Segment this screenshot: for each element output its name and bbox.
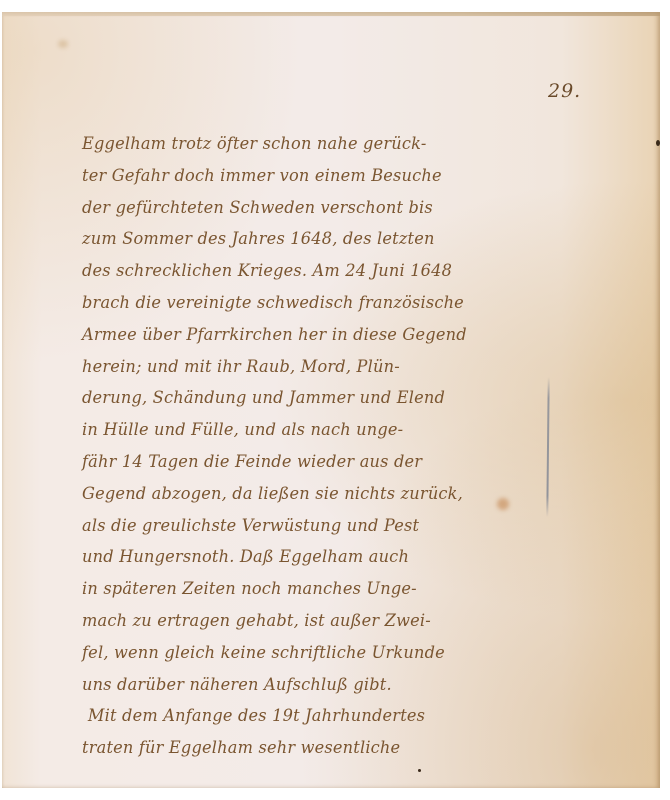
text-line: fel, wenn gleich keine schriftliche Urku… bbox=[82, 637, 533, 669]
text-line: Eggelham trotz öfter schon nahe gerück- bbox=[82, 128, 533, 160]
ink-spot bbox=[418, 769, 421, 772]
paper-stain bbox=[497, 498, 509, 510]
text-line: herein; und mit ihr Raub, Mord, Plün- bbox=[82, 351, 533, 383]
page-top-edge bbox=[2, 12, 660, 16]
paper-stain bbox=[58, 40, 68, 48]
text-line: des schrecklichen Krieges. Am 24 Juni 16… bbox=[82, 255, 533, 287]
paragraph-start-line: Mit dem Anfange des 19t Jahrhundertes bbox=[82, 700, 533, 732]
text-line: mach zu ertragen gehabt, ist außer Zwei- bbox=[82, 605, 533, 637]
text-line: traten für Eggelham sehr wesentliche bbox=[82, 732, 533, 764]
text-line: brach die vereinigte schwedisch französi… bbox=[82, 287, 533, 319]
text-line: Armee über Pfarrkirchen her in diese Geg… bbox=[82, 319, 533, 351]
text-line: in späteren Zeiten noch manches Unge- bbox=[82, 573, 533, 605]
text-line: uns darüber näheren Aufschluß gibt. bbox=[82, 669, 533, 701]
text-line: als die greulichste Verwüstung und Pest bbox=[82, 510, 533, 542]
text-line: Gegend abzogen, da ließen sie nichts zur… bbox=[82, 478, 533, 510]
page-number: 29. bbox=[548, 80, 581, 102]
handwritten-text-block: Eggelham trotz öfter schon nahe gerück- … bbox=[82, 128, 542, 764]
ink-spot bbox=[656, 140, 660, 146]
text-line: zum Sommer des Jahres 1648, des letzten bbox=[82, 223, 533, 255]
text-line: fähr 14 Tagen die Feinde wieder aus der bbox=[82, 446, 533, 478]
manuscript-page: 29. Eggelham trotz öfter schon nahe gerü… bbox=[2, 12, 660, 788]
text-line: in Hülle und Fülle, und als nach unge- bbox=[82, 414, 533, 446]
pencil-margin-mark bbox=[546, 377, 549, 517]
text-line: ter Gefahr doch immer von einem Besuche bbox=[82, 160, 533, 192]
text-line: der gefürchteten Schweden verschont bis bbox=[82, 192, 533, 224]
text-line: und Hungersnoth. Daß Eggelham auch bbox=[82, 541, 533, 573]
text-line: derung, Schändung und Jammer und Elend bbox=[82, 382, 533, 414]
